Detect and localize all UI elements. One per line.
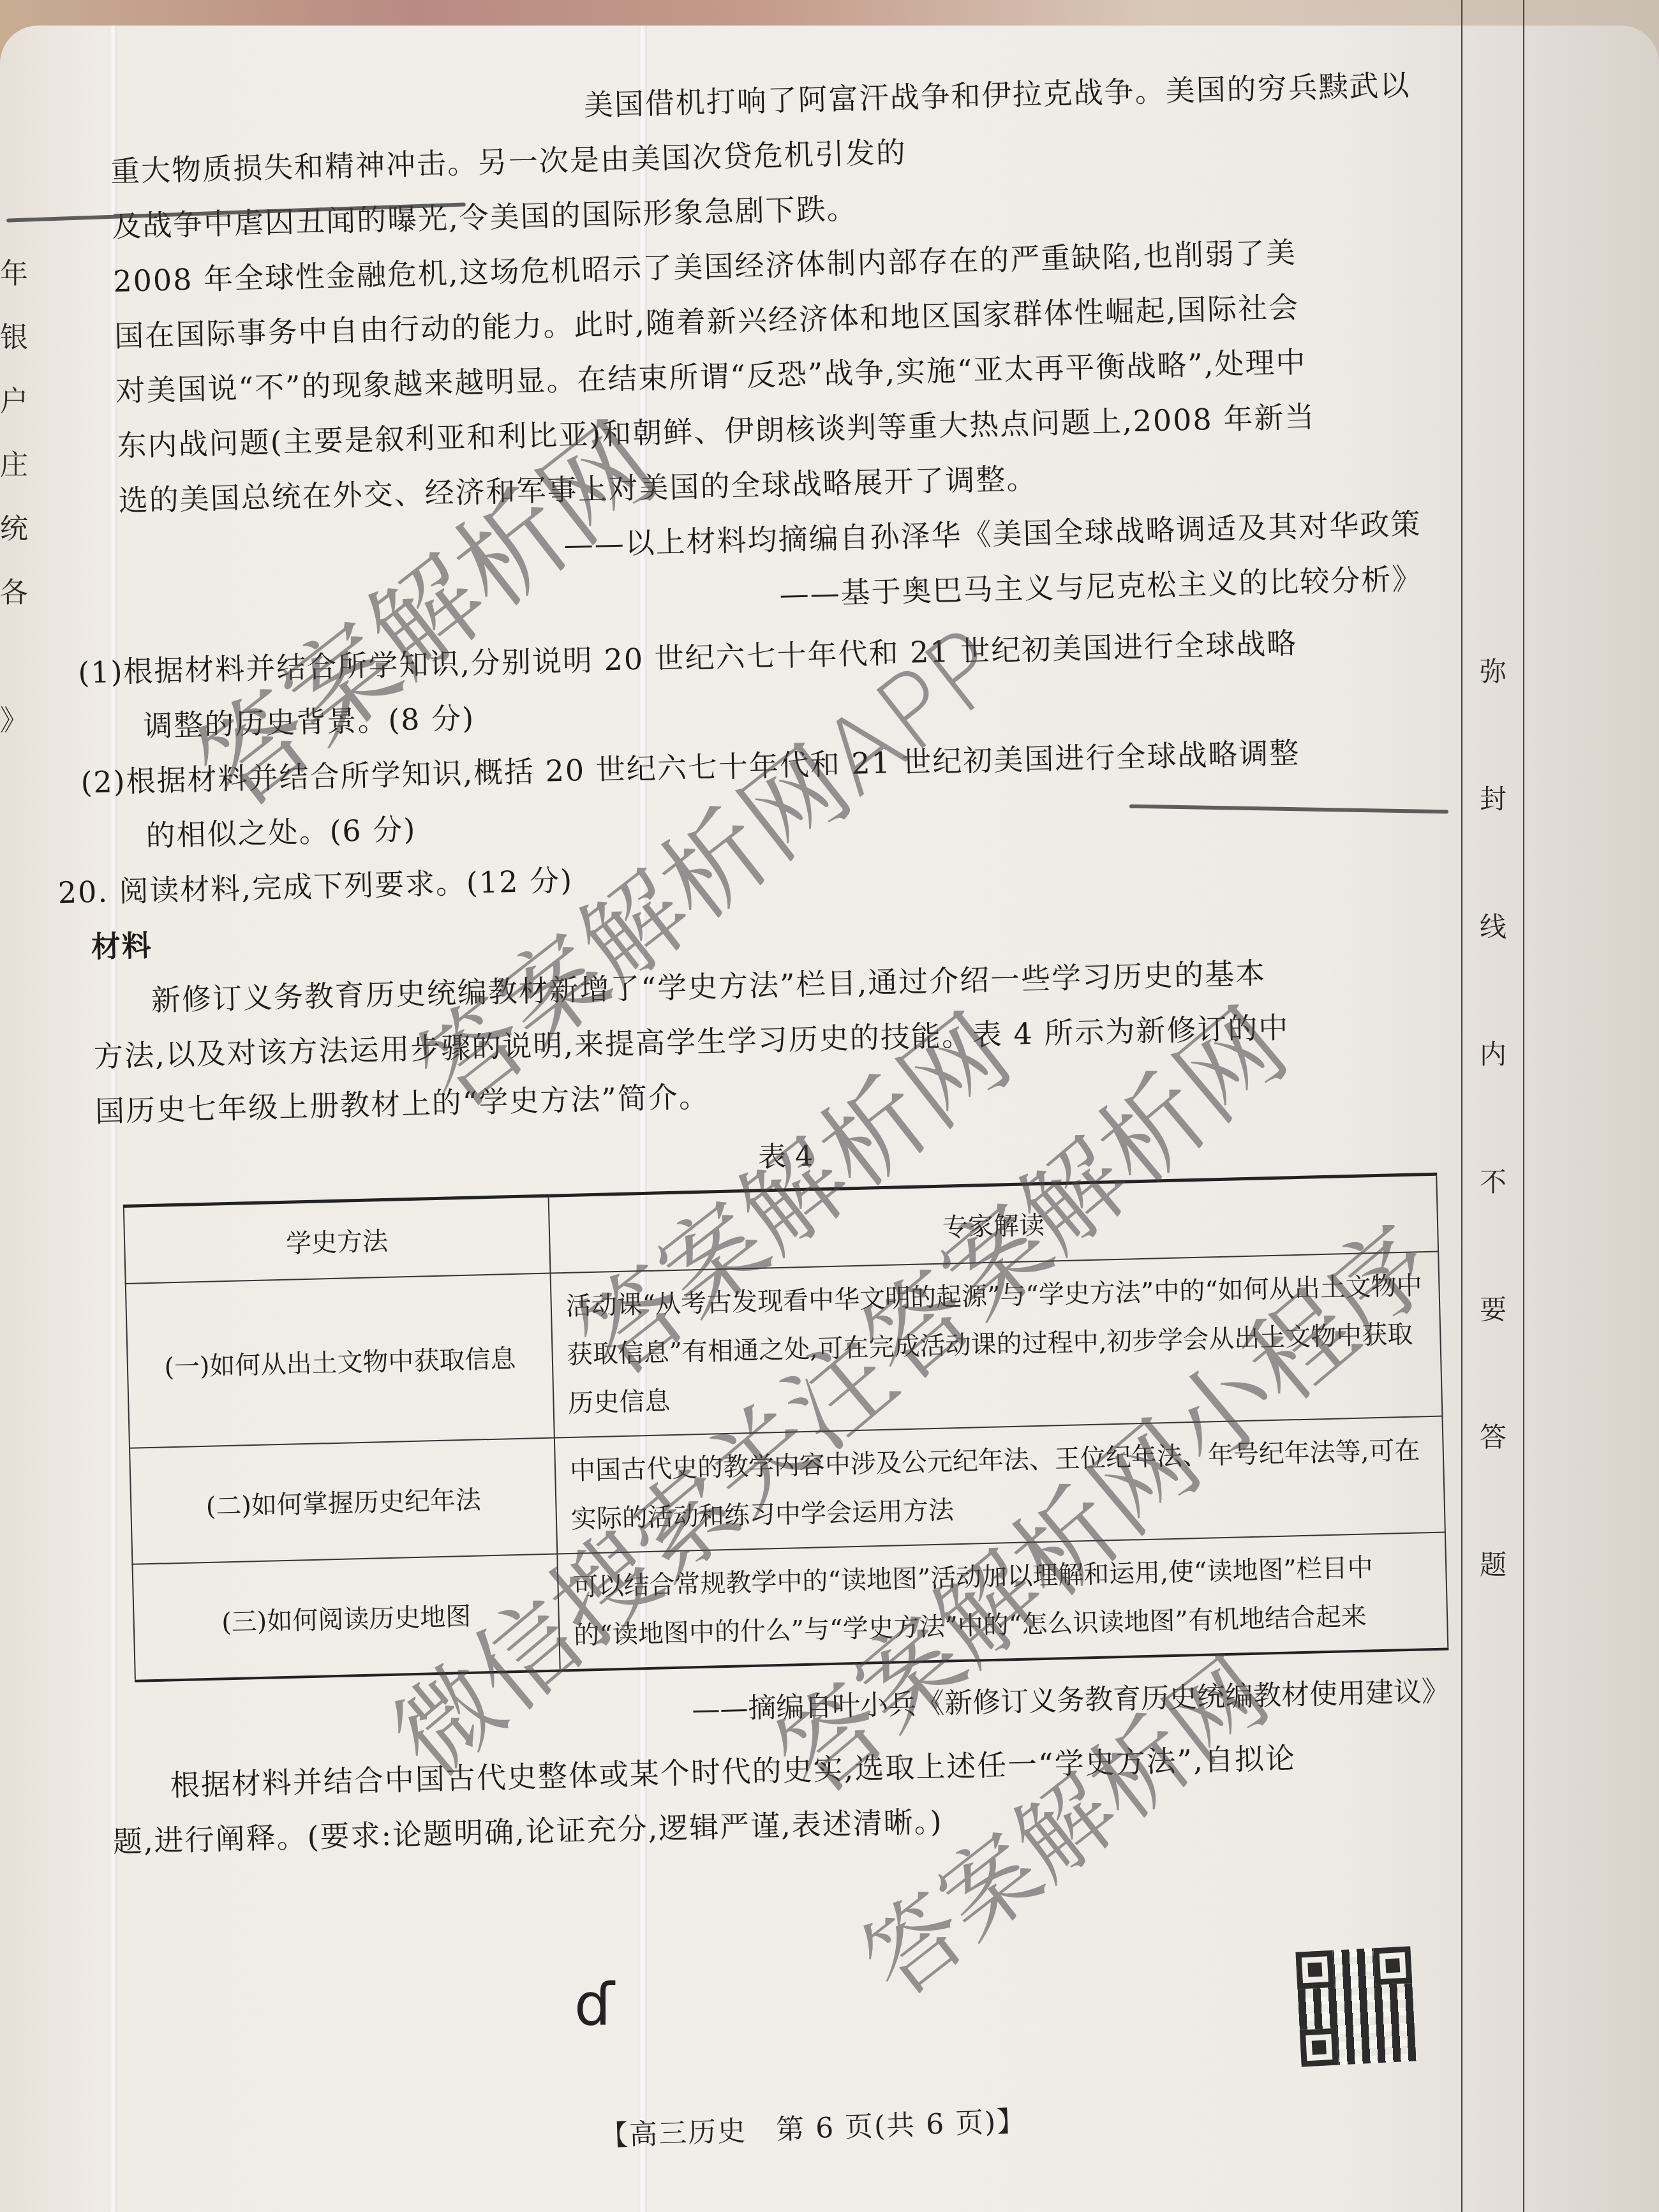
method-cell: (二)如何掌握历史纪年法 [130,1438,557,1564]
seal-char: 答 [1474,1416,1512,1544]
seal-char: 封 [1474,778,1512,906]
seal-char: 要 [1474,1289,1512,1416]
edge-char: 庄 [0,434,38,498]
qr-code-icon [1295,1946,1416,2067]
edge-char: 统 [0,498,38,561]
seal-char: 题 [1474,1544,1512,1672]
column-header: 学史方法 [124,1196,551,1284]
edge-char: 》 [0,689,38,753]
seal-line-notice: 弥 封 线 内 不 要 答 题 [1474,651,1512,1672]
adjacent-page-edge: 年 银 户 庄 统 各 》 [0,242,38,753]
edge-char: 户 [0,370,38,434]
handwritten-mark: ɗ [574,1971,614,2038]
seal-char: 线 [1474,906,1512,1034]
edge-char: 年 [0,242,38,306]
seal-char: 弥 [1474,651,1512,778]
edge-char: 银 [0,306,38,370]
edge-char: 各 [0,561,38,625]
question-19-material: 美国借机打响了阿富汗战争和伊拉克战争。美国的穷兵黩武以 重大物质损失和精神冲击。… [108,57,1423,638]
seal-char: 不 [1474,1161,1512,1289]
page-content: 美国借机打响了阿富汗战争和伊拉克战争。美国的穷兵黩武以 重大物质损失和精神冲击。… [108,57,1454,1868]
seal-char: 内 [1474,1034,1512,1161]
method-cell: (一)如何从出土文物中获取信息 [126,1273,554,1448]
